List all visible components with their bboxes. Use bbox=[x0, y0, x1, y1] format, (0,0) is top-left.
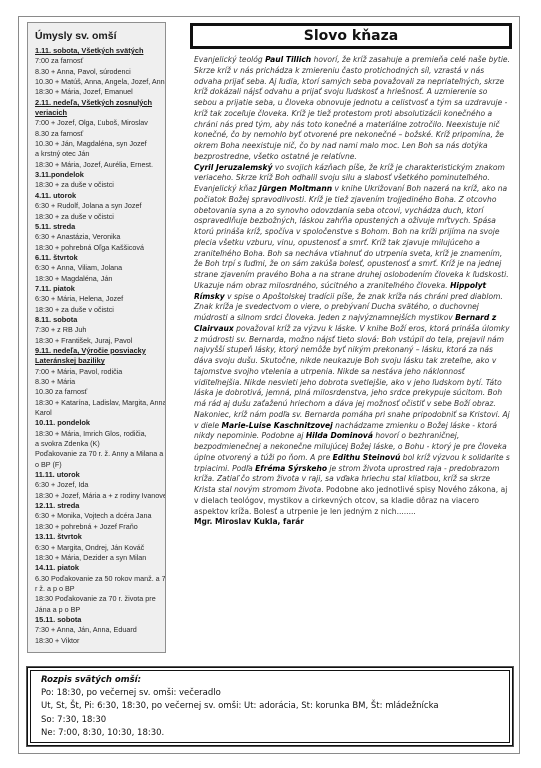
intention-entry: 18:30 + František, Juraj, Pavol bbox=[35, 336, 165, 346]
author-name: Cyril Jeruzalemský bbox=[194, 163, 273, 172]
intention-entry: 18:30 + pohrebná Oľga Kaššicová bbox=[35, 243, 165, 253]
day-heading: 12.11. streda bbox=[35, 501, 165, 511]
intention-entry: 6:30 + Anna, Viliam, Jolana bbox=[35, 263, 165, 273]
article-text: Evanjelický teológ bbox=[194, 55, 265, 64]
day-heading: 5.11. streda bbox=[35, 222, 165, 232]
intention-entry: Poďakovanie za 70 r. ž. Anny a Milana a … bbox=[35, 449, 165, 459]
intention-entry: 8.30 + Mária bbox=[35, 377, 165, 387]
day-heading: 4.11. utorok bbox=[35, 191, 165, 201]
author-name: Efréma Sýrskeho bbox=[255, 464, 327, 473]
day-heading: 14.11. piatok bbox=[35, 563, 165, 573]
intention-entry: 18:30 + Magdaléna, Ján bbox=[35, 274, 165, 284]
intention-entry: 18:30 + za duše v očistci bbox=[35, 180, 165, 190]
day-heading: 10.11. pondelok bbox=[35, 418, 165, 428]
mass-intentions-list: 1.11. sobota, Všetkých svätých7:00 za fa… bbox=[35, 46, 165, 646]
intention-entry: 18:30 + Viktor bbox=[35, 636, 165, 646]
author-name: Edithu Steinovú bbox=[333, 453, 401, 462]
intention-entry: 7:30 + z RB Juh bbox=[35, 325, 165, 335]
schedule-line-sun: Ne: 7:00, 8:30, 10:30, 18:30. bbox=[41, 727, 499, 740]
day-heading: 1.11. sobota, Všetkých svätých bbox=[35, 46, 165, 56]
signature: Mgr. Miroslav Kukla, farár bbox=[194, 517, 304, 526]
mass-intentions-title: Úmysly sv. omší bbox=[35, 30, 165, 42]
schedule-line-weekdays: Ut, St, Št, Pi: 6:30, 18:30, po večernej… bbox=[41, 700, 499, 713]
intention-entry: 10.30 + Matúš, Anna, Angela, Jozef, Anna bbox=[35, 77, 165, 87]
article-text: v knihe Ukrižovaní Boh nazerá na kríž, a… bbox=[194, 184, 509, 290]
author-name: Marie-Luise Kaschnitzovej bbox=[222, 421, 333, 430]
intention-entry: 7:00 + Jozef, Olga, Ľuboš, Miroslav bbox=[35, 118, 165, 128]
intention-entry: Jána a p o BP bbox=[35, 605, 165, 615]
intention-entry: 6:30 + Monika, Vojtech a dcéra Jana bbox=[35, 511, 165, 521]
day-heading: 6.11. štvrtok bbox=[35, 253, 165, 263]
intention-entry: Karol bbox=[35, 408, 165, 418]
article-body: Evanjelický teológ Paul Tillich hovorí, … bbox=[194, 55, 510, 528]
intention-entry: 8.30 za farnosť bbox=[35, 129, 165, 139]
intention-entry: 18:30 + Katarína, Ladislav, Margita, Ann… bbox=[35, 398, 165, 408]
intention-entry: 6:30 + Rudolf, Jolana a syn Jozef bbox=[35, 201, 165, 211]
day-heading: 13.11. štvrtok bbox=[35, 532, 165, 542]
intention-entry: 18:30 Poďakovanie za 70 r. života pre bbox=[35, 594, 165, 604]
intention-entry: 8.30 + Anna, Pavol, súrodenci bbox=[35, 67, 165, 77]
intention-entry: 10.30 za farnosť bbox=[35, 387, 165, 397]
day-heading: veriacich bbox=[35, 108, 165, 118]
intention-entry: 7:00 + Mária, Pavol, rodičia bbox=[35, 367, 165, 377]
mass-intentions-panel: Úmysly sv. omší 1.11. sobota, Všetkých s… bbox=[27, 22, 166, 653]
author-name: Paul Tillich bbox=[265, 55, 311, 64]
intention-entry: 6:30 + Anastázia, Veronika bbox=[35, 232, 165, 242]
intention-entry: 18:30 + Mária, Dezider a syn Milan bbox=[35, 553, 165, 563]
day-heading: 8.11. sobota bbox=[35, 315, 165, 325]
intention-entry: 18:30 + pohrebná + Jozef Fraňo bbox=[35, 522, 165, 532]
day-heading: 3.11.pondelok bbox=[35, 170, 165, 180]
intention-entry: a krstný otec Ján bbox=[35, 149, 165, 159]
day-heading: Lateránskej baziliky bbox=[35, 356, 165, 366]
intention-entry: 7:30 + Anna, Ján, Anna, Eduard bbox=[35, 625, 165, 635]
intention-entry: a svokra Zdenka (K) bbox=[35, 439, 165, 449]
intention-entry: 6:30 + Margita, Ondrej, Ján Kováč bbox=[35, 543, 165, 553]
day-heading: 11.11. utorok bbox=[35, 470, 165, 480]
day-heading: 15.11. sobota bbox=[35, 615, 165, 625]
intention-entry: 6.30 Poďakovanie za 50 rokov manž. a 75 bbox=[35, 574, 165, 584]
mass-schedule-title: Rozpis svätých omší: bbox=[41, 674, 499, 687]
mass-schedule-box: Rozpis svätých omší: Po: 18:30, po večer… bbox=[27, 667, 513, 746]
day-heading: 9.11. nedeľa, Výročie posviacky bbox=[35, 346, 165, 356]
day-heading: 2.11. nedeľa, Všetkých zosnulých bbox=[35, 98, 165, 108]
schedule-line-sat: So: 7:30, 18:30 bbox=[41, 714, 499, 727]
intention-entry: 10.30 + Ján, Magdaléna, syn Jozef bbox=[35, 139, 165, 149]
day-heading: 7.11. piatok bbox=[35, 284, 165, 294]
article-title: Slovo kňaza bbox=[190, 23, 512, 49]
intention-entry: 18:30 + Mária, Imrich Glos, rodičia, bbox=[35, 429, 165, 439]
intention-entry: 18:30 + Mária, Jozef, Aurélia, Ernest. bbox=[35, 160, 165, 170]
intention-entry: 6:30 + Jozef, Ida bbox=[35, 480, 165, 490]
intention-entry: o BP (F) bbox=[35, 460, 165, 470]
intention-entry: r ž. a p o BP bbox=[35, 584, 165, 594]
intention-entry: 18:30 + Mária, Jozef, Emanuel bbox=[35, 87, 165, 97]
schedule-line-mon: Po: 18:30, po večernej sv. omši: večerad… bbox=[41, 687, 499, 700]
author-name: Jürgen Moltmann bbox=[259, 184, 332, 193]
intention-entry: 6:30 + Mária, Helena, Jozef bbox=[35, 294, 165, 304]
intention-entry: 18:30 + Jozef, Mária a + z rodiny Ivanov… bbox=[35, 491, 165, 501]
intention-entry: 7:00 za farnosť bbox=[35, 56, 165, 66]
author-name: Hilda Dominová bbox=[306, 431, 373, 440]
intention-entry: 18:30 + za duše v očistci bbox=[35, 212, 165, 222]
article-text: považoval kríž za výzvu k láske. V knihe… bbox=[194, 324, 510, 430]
intention-entry: 18:30 + za duše v očistci bbox=[35, 305, 165, 315]
article-text: hovorí, že kríž zasahuje a premieňa celé… bbox=[194, 55, 510, 161]
